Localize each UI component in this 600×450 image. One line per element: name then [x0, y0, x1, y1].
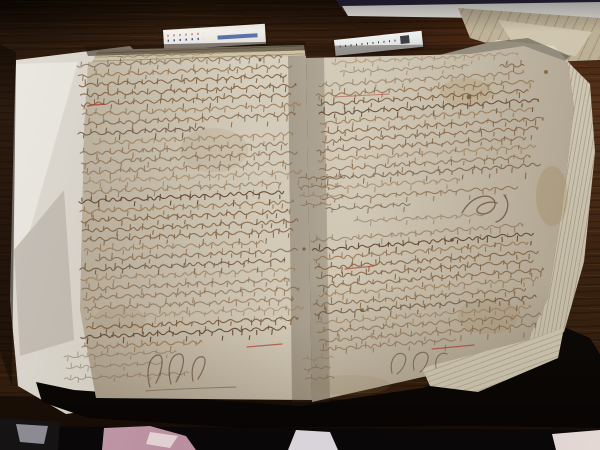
closing-lines	[322, 186, 519, 214]
right-page-text	[299, 53, 547, 380]
red-ink-mark	[247, 344, 282, 347]
red-ink-mark	[432, 345, 474, 349]
handwriting-overlay	[0, 0, 600, 450]
body	[77, 55, 304, 354]
bottom-notes	[303, 354, 334, 380]
right-bottom-flourish	[391, 352, 447, 374]
paragraph-2	[311, 222, 547, 356]
paragraph-1	[315, 70, 546, 194]
red-ink-mark	[334, 94, 389, 97]
left-page-text	[64, 51, 304, 383]
faint-heading	[118, 51, 214, 62]
centered-line	[354, 214, 484, 226]
left-underline-stroke	[146, 387, 236, 391]
right-rubric-flourish	[462, 195, 508, 222]
left-signature-flourish	[148, 354, 205, 387]
photograph-open-manuscript	[0, 0, 600, 450]
folio-number	[500, 61, 524, 71]
